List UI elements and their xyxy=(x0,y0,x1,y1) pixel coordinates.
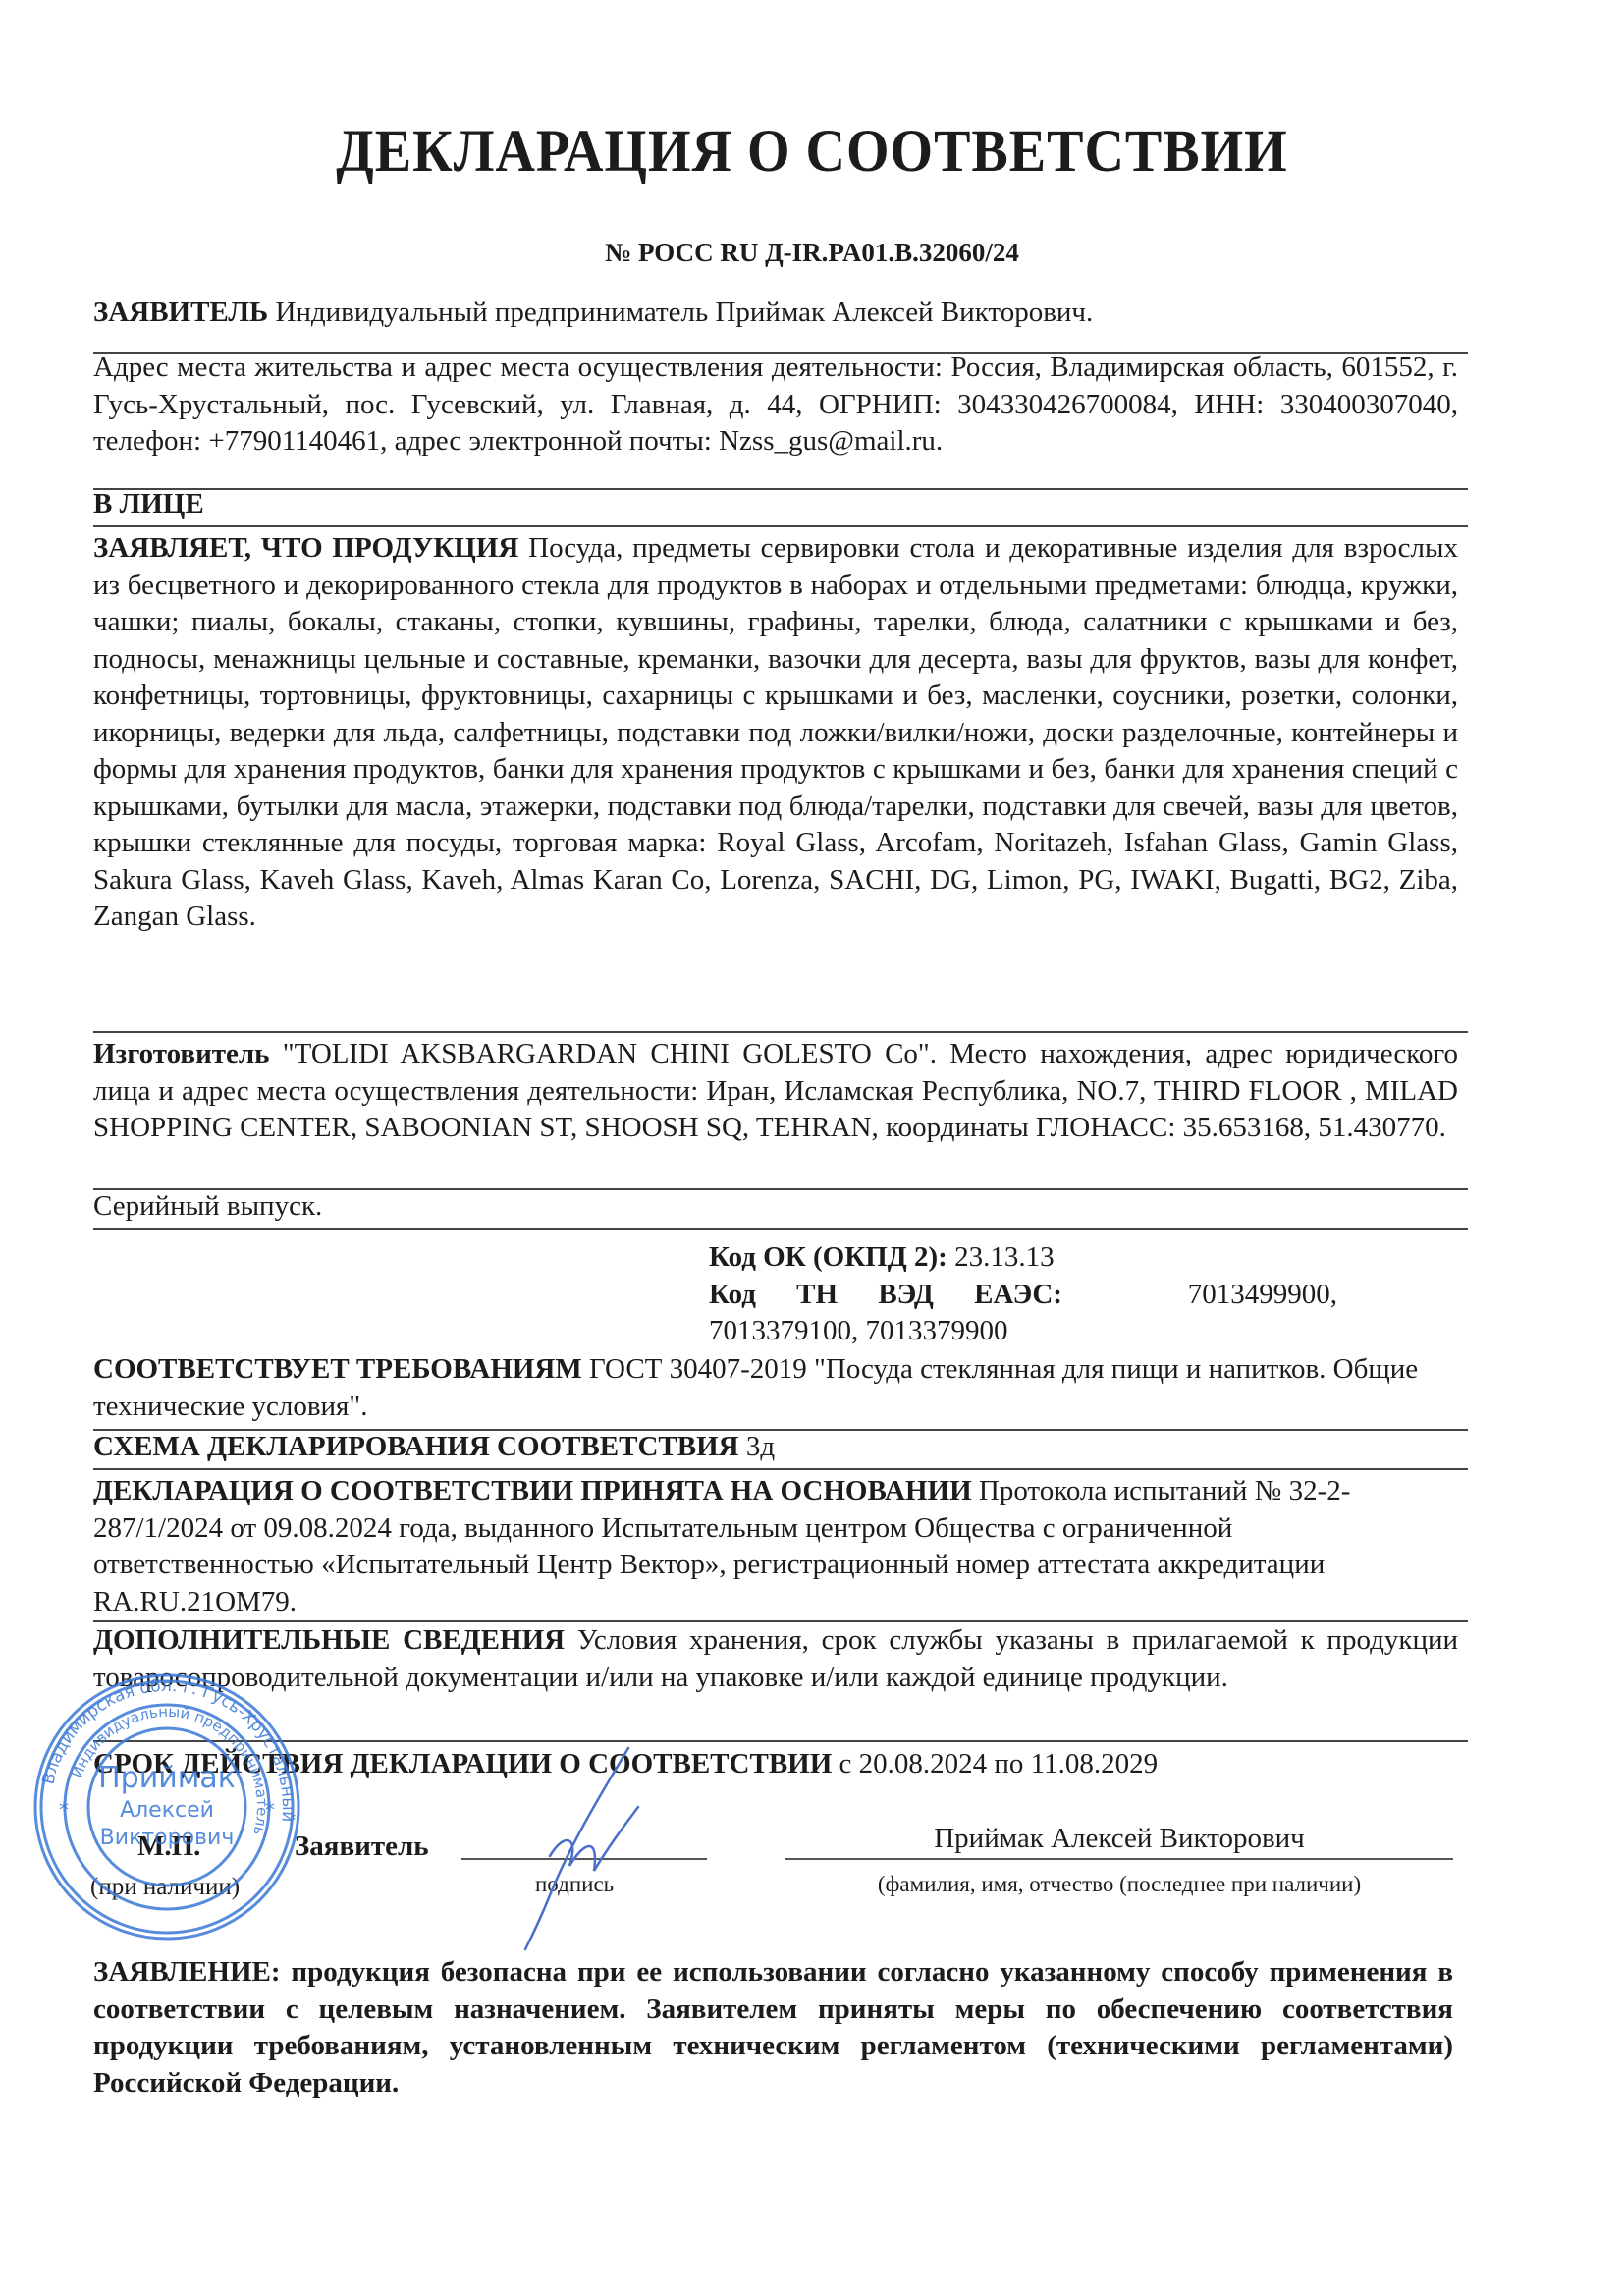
declaration-page: ДЕКЛАРАЦИЯ О СООТВЕТСТВИИ № РОСС RU Д-IR… xyxy=(0,0,1624,2296)
applicant-value: Индивидуальный предприниматель Приймак А… xyxy=(275,297,1093,328)
product-value: Посуда, предметы сервировки стола и деко… xyxy=(93,532,1458,932)
name-caption: (фамилия, имя, отчество (последнее при н… xyxy=(785,1872,1453,1897)
product-section: ЗАЯВЛЯЕТ, ЧТО ПРОДУКЦИЯ Посуда, предметы… xyxy=(93,530,1458,936)
tnved-label: Код ТН ВЭД ЕАЭС: xyxy=(709,1277,1062,1314)
name-line xyxy=(785,1858,1453,1860)
tnved-value-2: 7013379100, 7013379900 xyxy=(709,1313,1337,1350)
production-type: Серийный выпуск. xyxy=(93,1188,1458,1226)
applicant-label: ЗАЯВИТЕЛЬ xyxy=(93,297,268,328)
handwritten-signature-icon xyxy=(511,1738,658,1954)
divider xyxy=(93,1031,1468,1033)
basis-section: ДЕКЛАРАЦИЯ О СООТВЕТСТВИИ ПРИНЯТА НА ОСН… xyxy=(93,1473,1458,1620)
tnved-value-1: 7013499900, xyxy=(1188,1277,1337,1314)
document-number: № РОСС RU Д-IR.PA01.B.32060/24 xyxy=(0,238,1624,268)
applicant-full-name: Приймак Алексей Викторович xyxy=(785,1823,1453,1855)
okpd-value: 23.13.13 xyxy=(954,1241,1055,1273)
additional-label: ДОПОЛНИТЕЛЬНЫЕ СВЕДЕНИЯ xyxy=(93,1624,565,1656)
divider xyxy=(93,1228,1468,1230)
okpd-label: Код ОК (ОКПД 2): xyxy=(709,1241,947,1273)
seal-stamp-icon: Владимирская обл. г. Гусь-Хрустальный Ин… xyxy=(29,1669,304,1944)
svg-text:Приймак: Приймак xyxy=(98,1761,236,1795)
applicant-line: ЗАЯВИТЕЛЬ Индивидуальный предприниматель… xyxy=(93,295,1458,332)
svg-text:Викторович: Викторович xyxy=(100,1826,235,1850)
document-title: ДЕКЛАРАЦИЯ О СООТВЕТСТВИИ xyxy=(0,117,1624,186)
svg-text:*: * xyxy=(265,1798,275,1822)
svg-text:*: * xyxy=(59,1798,69,1822)
scheme-section: СХЕМА ДЕКЛАРИРОВАНИЯ СООТВЕТСТВИЯ 3д xyxy=(93,1429,1458,1466)
represented-by-label: В ЛИЦЕ xyxy=(93,488,204,519)
represented-by: В ЛИЦЕ xyxy=(93,486,1458,523)
manufacturer-label: Изготовитель xyxy=(93,1038,270,1069)
codes-block: Код ОК (ОКПД 2): 23.13.13 Код ТН ВЭД ЕАЭ… xyxy=(709,1239,1337,1350)
manufacturer-section: Изготовитель "TOLIDI AKSBARGARDAN CHINI … xyxy=(93,1036,1458,1147)
validity-value: с 20.08.2024 по 11.08.2029 xyxy=(839,1748,1159,1779)
requirements-label: СООТВЕТСТВУЕТ ТРЕБОВАНИЯМ xyxy=(93,1353,582,1385)
safety-statement: ЗАЯВЛЕНИЕ: продукция безопасна при ее ис… xyxy=(93,1954,1453,2102)
basis-label: ДЕКЛАРАЦИЯ О СООТВЕТСТВИИ ПРИНЯТА НА ОСН… xyxy=(93,1475,972,1506)
applicant-address: Адрес места жительства и адрес места осу… xyxy=(93,350,1458,461)
requirements-section: СООТВЕТСТВУЕТ ТРЕБОВАНИЯМ ГОСТ 30407-201… xyxy=(93,1351,1458,1425)
svg-text:Алексей: Алексей xyxy=(120,1798,214,1823)
scheme-label: СХЕМА ДЕКЛАРИРОВАНИЯ СООТВЕТСТВИЯ xyxy=(93,1431,739,1462)
scheme-value: 3д xyxy=(746,1431,775,1462)
product-label: ЗАЯВЛЯЕТ, ЧТО ПРОДУКЦИЯ xyxy=(93,532,518,564)
divider xyxy=(93,1468,1468,1470)
manufacturer-value: "TOLIDI AKSBARGARDAN CHINI GOLESTO Co". … xyxy=(93,1038,1458,1143)
applicant-signature-label: Заявитель xyxy=(295,1831,429,1863)
divider xyxy=(93,525,1468,527)
